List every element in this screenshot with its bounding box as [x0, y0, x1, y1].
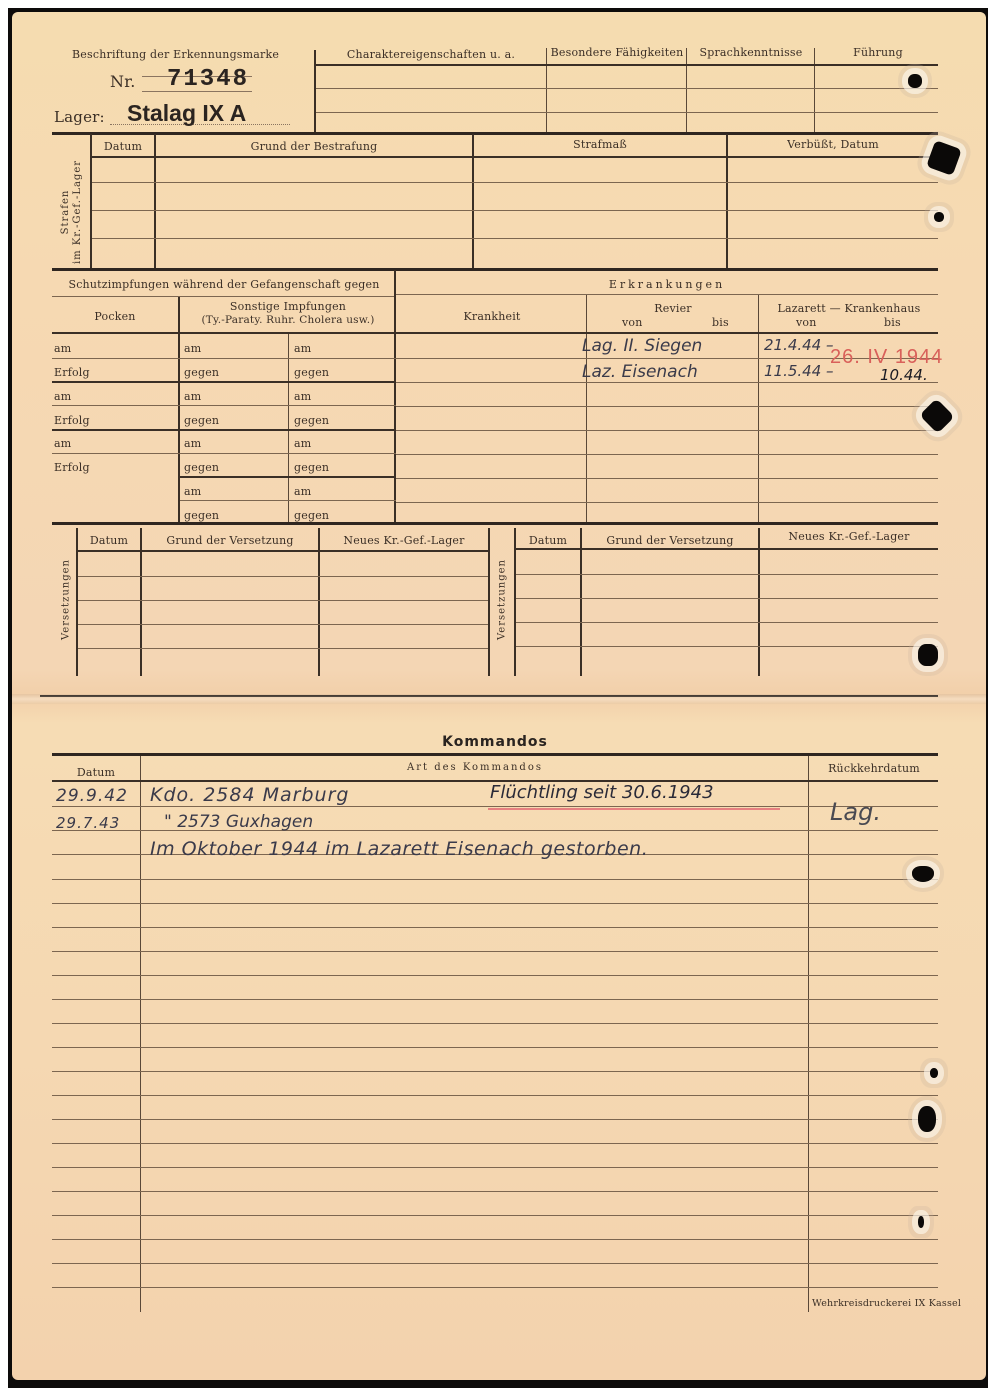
transfer-col-date: Datum	[516, 534, 580, 547]
col-illness: Krankheit	[398, 310, 586, 323]
kommando-type: " 2573 Guxhagen	[164, 812, 313, 832]
rule	[316, 112, 938, 113]
rule	[52, 1287, 938, 1288]
kommando-death-note: Im Oktober 1944 im Lazarett Eisenach ges…	[150, 838, 648, 860]
punch-hole	[912, 866, 934, 882]
transfer-col-reason: Grund der Versetzung	[142, 534, 318, 547]
rule	[78, 600, 488, 601]
kommandos-col-return-date: Rückkehrdatum	[810, 762, 938, 775]
smallpox-cell: Erfolg	[54, 414, 90, 427]
smallpox-cell: Erfolg	[54, 366, 90, 379]
return-date-note: Lag.	[830, 798, 881, 826]
section-border	[52, 522, 938, 525]
rule	[52, 1143, 938, 1144]
rule	[52, 806, 938, 807]
fold-line	[40, 695, 938, 697]
document-scan: Beschriftung der Erkennungsmarke Nr. 713…	[8, 8, 988, 1388]
vaccine-cell: am	[184, 342, 201, 355]
hospital-from: von	[796, 316, 817, 329]
rule	[396, 502, 938, 503]
divider	[758, 528, 760, 676]
divider	[726, 134, 728, 270]
section-border	[52, 753, 938, 756]
vaccine-cell: am	[294, 342, 311, 355]
side-label-line: im Kr.-Gef.-Lager	[72, 152, 84, 272]
vaccine-cell: gegen	[184, 509, 219, 522]
rule	[52, 381, 396, 383]
rule	[52, 453, 396, 454]
vaccine-cell: gegen	[294, 461, 329, 474]
col-other-vaccines-detail: (Ty.-Paraty. Ruhr. Cholera usw.)	[180, 314, 396, 326]
rule	[92, 156, 938, 158]
vaccine-cell: gegen	[184, 461, 219, 474]
rule	[396, 406, 938, 407]
punch-hole	[918, 644, 938, 666]
divider	[178, 332, 180, 524]
rule	[92, 182, 938, 183]
sickbay-from: von	[622, 316, 643, 329]
penalties-col-date: Datum	[92, 140, 154, 153]
rule	[52, 975, 938, 976]
rule	[52, 1191, 938, 1192]
transfer-col-new-camp: Neues Kr.-Gef.-Lager	[320, 534, 488, 547]
rule	[52, 999, 938, 1000]
vaccine-cell: am	[294, 485, 311, 498]
rule	[516, 574, 938, 575]
rule	[52, 879, 938, 880]
tag-caption: Beschriftung der Erkennungsmarke	[72, 48, 279, 61]
punch-hole	[919, 398, 954, 433]
rule	[180, 476, 396, 478]
rule	[516, 622, 938, 623]
rule	[396, 332, 938, 334]
pow-record-card: Beschriftung der Erkennungsmarke Nr. 713…	[12, 12, 986, 1380]
kommando-escape-note: Flüchtling seit 30.6.1943	[490, 782, 714, 803]
side-label-line: Strafen	[60, 152, 72, 272]
punch-hole	[918, 1216, 924, 1228]
col-conduct: Führung	[816, 46, 940, 59]
divider	[488, 528, 490, 676]
vaccine-cell: gegen	[184, 414, 219, 427]
vaccine-cell: gegen	[184, 366, 219, 379]
divider	[580, 528, 582, 676]
hospital-from-entry: 11.5.44 –	[764, 362, 834, 380]
divider	[314, 50, 316, 132]
vaccine-cell: am	[294, 437, 311, 450]
penalties-col-served: Verbüßt, Datum	[728, 138, 938, 151]
penalties-col-reason: Grund der Bestrafung	[156, 140, 472, 153]
divider	[546, 48, 547, 132]
divider	[90, 134, 92, 270]
rule	[52, 1215, 938, 1216]
rule	[516, 598, 938, 599]
divider	[472, 134, 474, 270]
vaccine-cell: gegen	[294, 414, 329, 427]
vaccine-cell: gegen	[294, 509, 329, 522]
smallpox-cell: am	[54, 342, 71, 355]
vaccinations-title: Schutzimpfungen während der Gefangenscha…	[52, 278, 396, 291]
rule	[52, 927, 938, 928]
rule	[396, 430, 938, 431]
sickbay-entry: Lag. II. Siegen	[582, 336, 702, 356]
vaccine-cell: gegen	[294, 366, 329, 379]
kommando-type: Kdo. 2584 Marburg	[150, 784, 349, 806]
divider	[686, 48, 687, 132]
transfer-col-reason: Grund der Versetzung	[582, 534, 758, 547]
rule	[52, 903, 938, 904]
kommandos-col-type: Art des Kommandos	[142, 762, 808, 773]
number-label: Nr.	[110, 72, 136, 91]
rule	[92, 238, 938, 239]
punch-hole	[908, 74, 922, 88]
vaccine-cell: am	[184, 437, 201, 450]
kommando-date: 29.9.42	[56, 786, 128, 806]
smallpox-cell: am	[54, 390, 71, 403]
rule	[316, 64, 938, 66]
kommando-date: 29.7.43	[56, 814, 120, 832]
divider	[514, 528, 516, 676]
col-special-skills: Besondere Fähigkeiten	[548, 46, 686, 59]
hospital-to-entry: 10.44.	[880, 366, 928, 384]
rule	[92, 210, 938, 211]
printer-imprint: Wehrkreisdruckerei IX Kassel	[812, 1298, 961, 1309]
rule	[52, 1119, 938, 1120]
hospital-to: bis	[884, 316, 901, 329]
sickbay-entry: Laz. Eisenach	[582, 362, 698, 382]
punch-hole	[918, 1106, 936, 1132]
divider	[154, 134, 156, 270]
section-border	[52, 132, 938, 135]
rule	[180, 500, 396, 501]
divider	[814, 48, 815, 132]
transfer-col-new-camp: Neues Kr.-Gef.-Lager	[760, 530, 938, 543]
rule	[52, 1023, 938, 1024]
rule	[52, 429, 396, 431]
transfers-side-label-left: Versetzungen	[61, 540, 72, 660]
rule	[52, 1263, 938, 1264]
rule	[78, 550, 488, 552]
sickbay-to: bis	[712, 316, 729, 329]
transfer-col-date: Datum	[78, 534, 140, 547]
smallpox-cell: Erfolg	[54, 461, 90, 474]
rule	[78, 648, 488, 649]
rule	[52, 332, 396, 334]
camp-label: Lager:	[54, 108, 105, 126]
rule	[78, 576, 488, 577]
rule	[52, 951, 938, 952]
section-border	[52, 268, 938, 271]
divider	[586, 295, 587, 524]
rule	[52, 1239, 938, 1240]
hospital-from-entry: 21.4.44 –	[764, 336, 834, 354]
rule	[52, 358, 396, 359]
rule	[396, 478, 938, 479]
tag-number: 71348	[167, 66, 249, 93]
transfers-side-label-right: Versetzungen	[497, 540, 508, 660]
col-smallpox: Pocken	[52, 310, 178, 323]
col-hospital: Lazarett — Krankenhaus	[760, 302, 938, 315]
vaccine-cell: am	[184, 485, 201, 498]
rule	[52, 1167, 938, 1168]
smallpox-cell: am	[54, 437, 71, 450]
vaccine-cell: am	[294, 390, 311, 403]
rule	[396, 294, 938, 295]
rule	[52, 296, 396, 297]
rule	[516, 548, 938, 550]
rule	[52, 405, 396, 406]
rule	[516, 646, 938, 647]
divider	[808, 756, 809, 1312]
punch-hole	[934, 212, 944, 222]
rule	[52, 1095, 938, 1096]
rule	[52, 1071, 938, 1072]
divider	[140, 756, 141, 1312]
rule	[396, 454, 938, 455]
kommandos-title: Kommandos	[52, 734, 938, 750]
col-character: Charaktereigenschaften u. a.	[316, 48, 546, 61]
vaccine-cell: am	[184, 390, 201, 403]
col-other-vaccines: Sonstige Impfungen	[180, 300, 396, 313]
kommandos-col-date: Datum	[52, 766, 140, 779]
rule	[316, 88, 938, 89]
illnesses-title: Erkrankungen	[396, 278, 938, 291]
rule	[52, 1047, 938, 1048]
col-sickbay: Revier	[588, 302, 758, 315]
divider	[758, 295, 759, 524]
penalties-col-sentence: Strafmaß	[474, 138, 726, 151]
red-underline	[488, 808, 780, 810]
rule	[396, 382, 938, 383]
divider	[394, 270, 396, 524]
penalties-side-label: Strafen im Kr.-Gef.-Lager	[60, 152, 84, 272]
camp-value: Stalag IX A	[127, 100, 246, 127]
rule	[78, 624, 488, 625]
col-languages: Sprachkenntnisse	[688, 46, 814, 59]
punch-hole	[930, 1068, 938, 1078]
